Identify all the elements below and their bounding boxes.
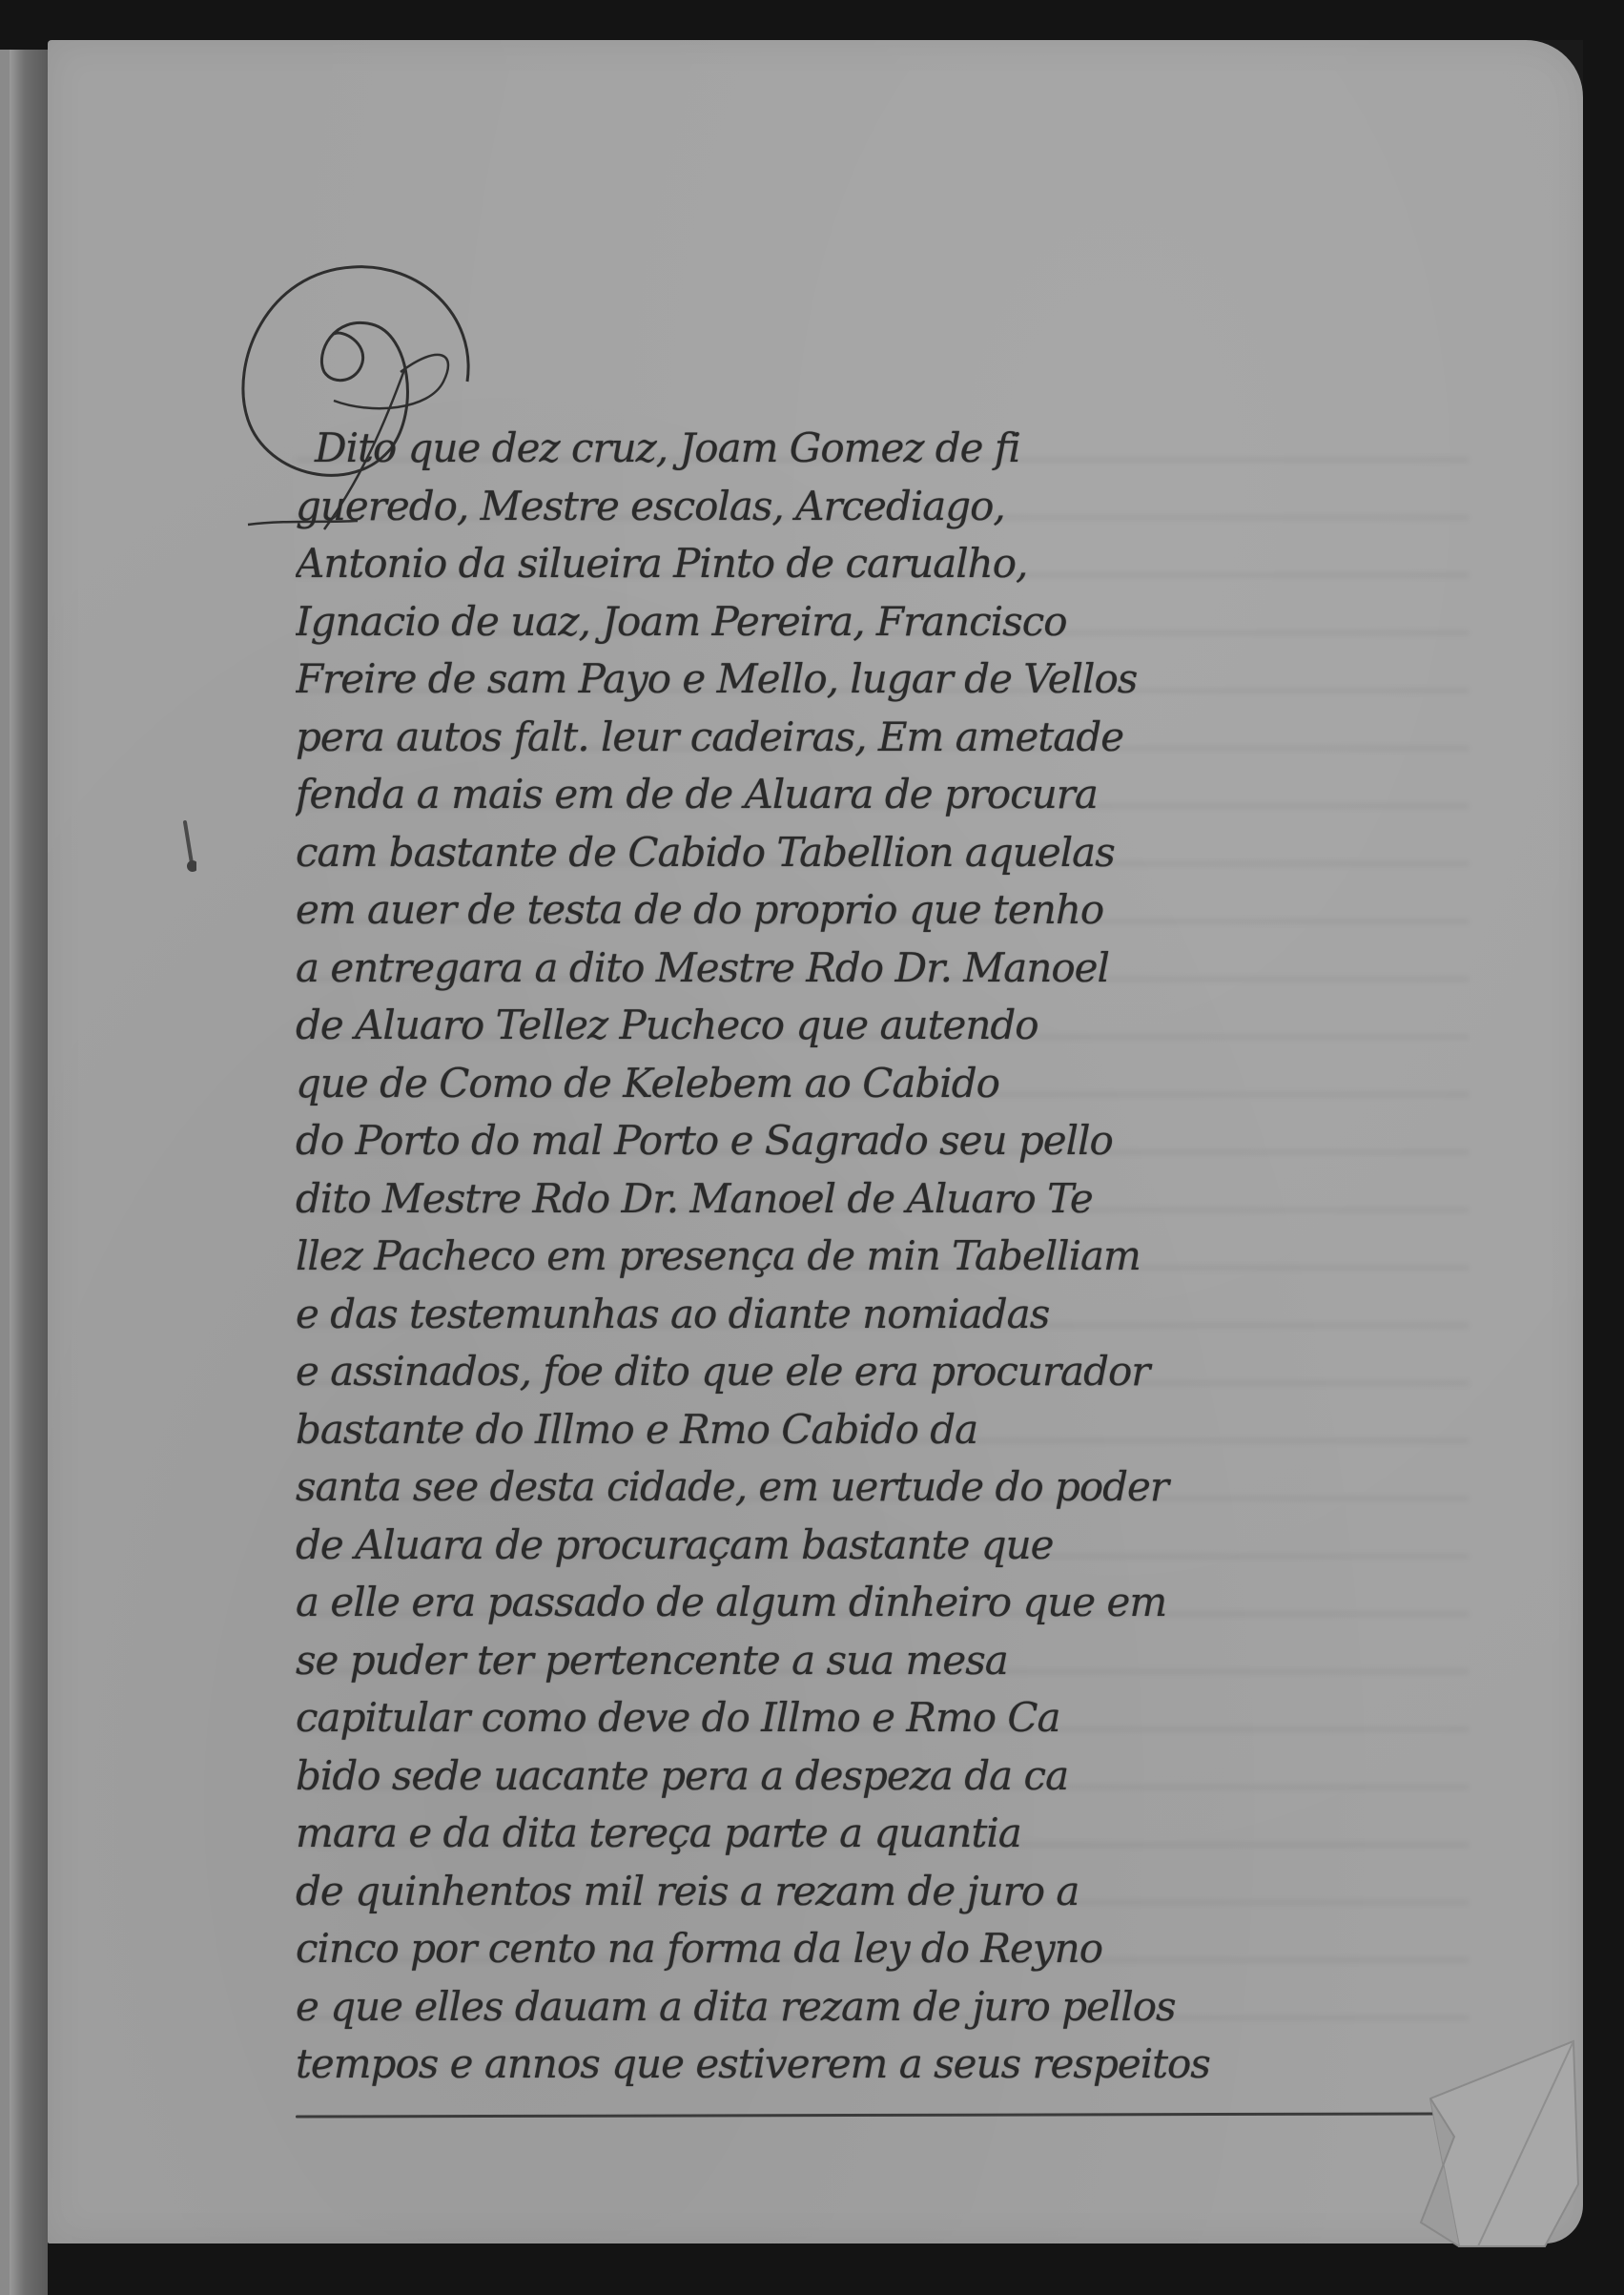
text-line: Freire de sam Payo e Mello, lugar de Vel… xyxy=(296,651,1469,709)
text-line: cinco por cento na forma da ley do Reyno xyxy=(296,1920,1469,1978)
ink-blot-mark xyxy=(183,820,196,878)
text-line: se puder ter pertencente a sua mesa xyxy=(296,1632,1469,1690)
text-line: Dito que dez cruz, Joam Gomez de fi xyxy=(296,420,1469,478)
manuscript-text: Dito que dez cruz, Joam Gomez de fi guer… xyxy=(296,420,1469,2094)
text-line: de Aluaro Tellez Pucheco que autendo xyxy=(296,997,1469,1055)
text-line: tempos e annos que estiverem a seus resp… xyxy=(296,2036,1469,2094)
text-line: e que elles dauam a dita rezam de juro p… xyxy=(296,1978,1469,2037)
text-line: cam bastante de Cabido Tabellion aquelas xyxy=(296,824,1469,882)
text-line: mara e da dita tereça parte a quantia xyxy=(296,1805,1469,1863)
text-line: a elle era passado de algum dinheiro que… xyxy=(296,1574,1469,1632)
text-line: em auer de testa de do proprio que tenho xyxy=(296,881,1469,940)
text-line: que de Como de Kelebem ao Cabido xyxy=(296,1055,1469,1113)
text-line: capitular como deve do Illmo e Rmo Ca xyxy=(296,1689,1469,1747)
text-line: bido sede uacante pera a despeza da ca xyxy=(296,1747,1469,1806)
text-line: e das testemunhas ao diante nomiadas xyxy=(296,1286,1469,1344)
text-line: santa see desta cidade, em uertude do po… xyxy=(296,1458,1469,1517)
binding-gutter xyxy=(10,50,48,2295)
text-line: a entregara a dito Mestre Rdo Dr. Manoel xyxy=(296,940,1469,998)
text-line: fenda a mais em de de Aluara de procura xyxy=(296,766,1469,824)
text-line: Antonio da silueira Pinto de carualho, xyxy=(296,535,1469,593)
text-line: dito Mestre Rdo Dr. Manoel de Aluaro Te xyxy=(296,1170,1469,1229)
text-line: Ignacio de uaz, Joam Pereira, Francisco xyxy=(296,593,1469,651)
text-line: llez Pacheco em presença de min Tabellia… xyxy=(296,1228,1469,1286)
text-line: bastante do Illmo e Rmo Cabido da xyxy=(296,1401,1469,1459)
folded-page-corner xyxy=(1411,2032,1583,2251)
text-line: pera autos falt. leur cadeiras, Em ameta… xyxy=(296,709,1469,767)
text-line: gueredo, Mestre escolas, Arcediago, xyxy=(296,478,1469,536)
text-line: de Aluara de procuraçam bastante que xyxy=(296,1517,1469,1575)
text-line: de quinhentos mil reis a rezam de juro a xyxy=(296,1863,1469,1921)
text-line: do Porto do mal Porto e Sagrado seu pell… xyxy=(296,1112,1469,1170)
text-line: e assinados, foe dito que ele era procur… xyxy=(296,1343,1469,1401)
